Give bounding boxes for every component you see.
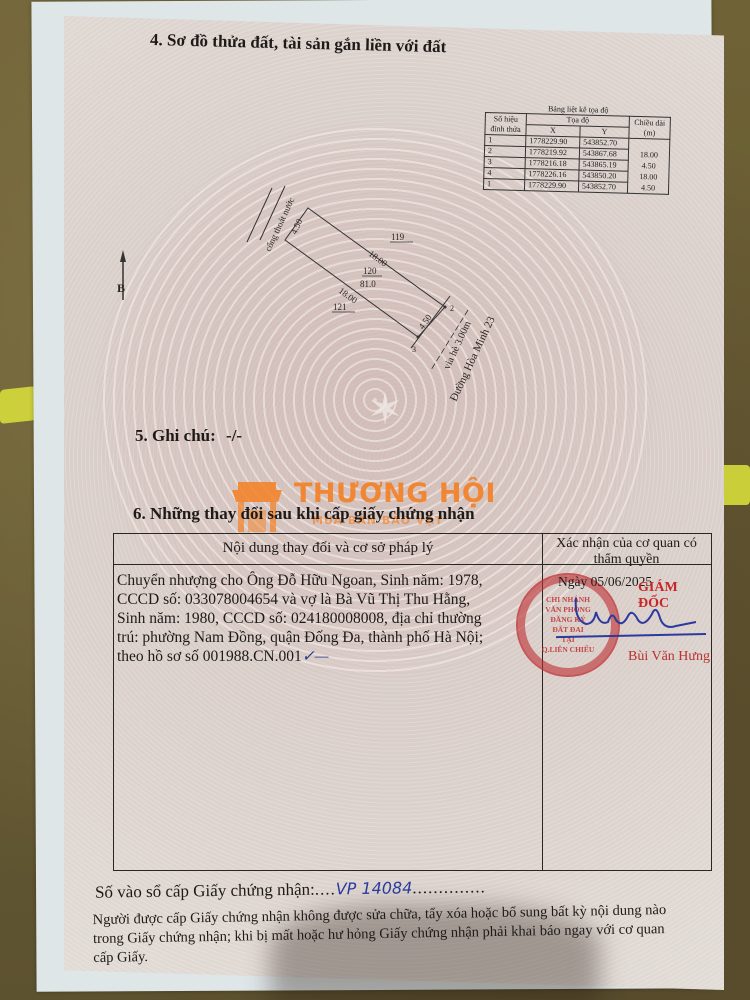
signer-name: Bùi Văn Hưng: [628, 649, 710, 665]
cell-point: 3: [484, 156, 525, 168]
content-line: CCCD số: 033078004654 và vợ là Bà Vũ Thị…: [117, 590, 542, 609]
th-point-id: Số hiệu đỉnh thửa: [485, 113, 527, 136]
confirmation-block: CHI NHÁNH VĂN PHÒNG ĐĂNG KÝ ĐẤT ĐAI TẠI …: [546, 568, 711, 688]
th-length: Chiều dài (m): [629, 116, 671, 139]
cell-y: 543852.70: [578, 181, 627, 193]
cell-x: 1778229.90: [524, 180, 578, 192]
cell-point: 4: [484, 167, 525, 179]
svg-text:4.50: 4.50: [289, 217, 305, 236]
dotted-leader: ....: [315, 879, 336, 898]
svg-text:3: 3: [412, 345, 416, 354]
content-line: trú: phường Nam Đồng, quận Đống Đa, thàn…: [117, 628, 542, 647]
section-5-title: 5. Ghi chú: -/-: [135, 426, 242, 446]
parcel-area: 81.0: [360, 279, 376, 289]
cell-x: 1778216.18: [525, 158, 579, 170]
cell-y: 543867.68: [579, 148, 628, 160]
notes-value: -/-: [226, 426, 242, 445]
cell-point: 2: [484, 146, 525, 158]
change-content: Chuyển nhượng cho Ông Đỗ Hữu Ngoan, Sinh…: [117, 571, 542, 666]
registry-value: VP 14084: [336, 878, 413, 898]
parcel-number: 120: [363, 266, 377, 276]
header-confirm: Xác nhận của cơ quan có thẩm quyền: [544, 536, 709, 568]
cell-y: 543852.70: [579, 137, 628, 149]
handwritten-tick-icon: ✓—: [302, 648, 329, 665]
changes-table: Nội dung thay đổi và cơ sở pháp lý Xác n…: [113, 533, 712, 871]
cell-y: 543865.19: [579, 159, 628, 171]
svg-text:B: B: [117, 281, 125, 295]
parcel-sketch: B cống thoát nước 4.50 18.00 18.00 4.50 …: [100, 180, 500, 410]
neighbor-121: 121: [333, 302, 347, 312]
north-arrow-icon: B: [117, 250, 126, 300]
cell-x: 1778219.92: [525, 147, 579, 159]
dotted-leader: ..............: [412, 877, 486, 897]
content-line-last: theo hồ sơ số 001988.CN.001✓—: [117, 647, 542, 666]
registry-label: Số vào sổ cấp Giấy chứng nhận:: [95, 880, 315, 902]
header-content: Nội dung thay đổi và cơ sở pháp lý: [114, 540, 542, 557]
content-line: theo hồ sơ số 001988.CN.001: [117, 648, 302, 665]
cell-point: 1: [485, 135, 526, 147]
content-line: Sinh năm: 1980, CCCD số: 024180008008, đ…: [117, 609, 542, 628]
svg-text:2: 2: [450, 304, 454, 313]
cell-y: 543850.20: [579, 170, 628, 182]
yellow-tape: [720, 465, 750, 505]
notes-label: 5. Ghi chú:: [135, 426, 216, 445]
yellow-tape: [0, 386, 36, 424]
section-6-title: 6. Những thay đổi sau khi cấp giấy chứng…: [133, 504, 475, 524]
coordinate-table: Số hiệu đỉnh thửa Tọa độ Chiều dài (m) X…: [483, 112, 671, 195]
signature-icon: [556, 590, 716, 650]
cell-x: 1778226.16: [525, 169, 579, 181]
certificate-notice: Người được cấp Giấy chứng nhận không đượ…: [93, 901, 674, 968]
cell-length: 4.50: [627, 182, 668, 194]
cell-x: 1778229.90: [526, 136, 580, 148]
content-line: Chuyển nhượng cho Ông Đỗ Hữu Ngoan, Sinh…: [117, 571, 542, 590]
neighbor-119: 119: [391, 232, 405, 242]
